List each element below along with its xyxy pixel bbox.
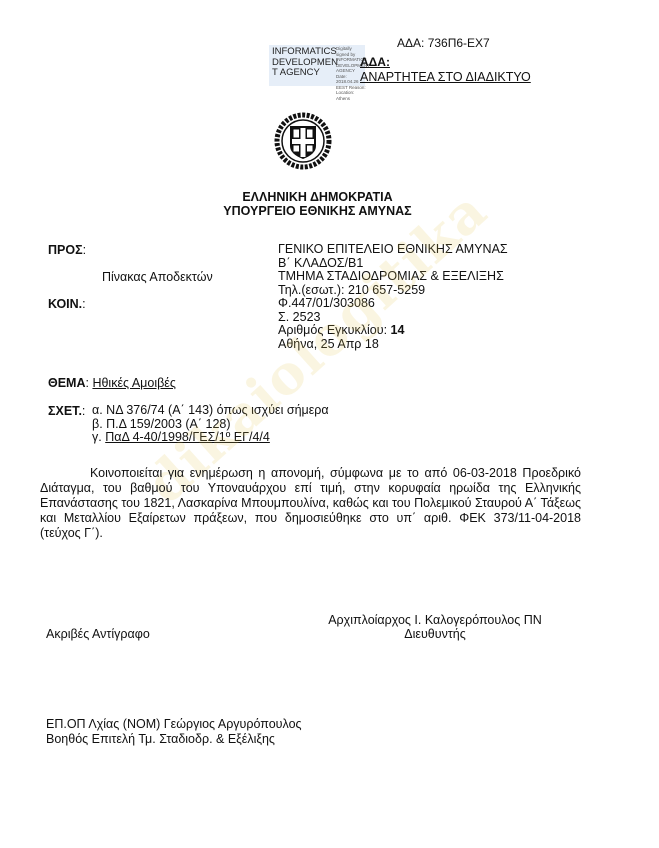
certifier-title: Βοηθός Επιτελή Τμ. Σταδιοδρ. & Εξέλιξης [46, 732, 302, 747]
reference-prefix: γ. [92, 430, 105, 444]
circular-number: 14 [391, 323, 405, 337]
certifier-block: ΕΠ.ΟΠ Λχίας (ΝΟΜ) Γεώργιος Αργυρόπουλος … [46, 717, 302, 747]
pros-label: ΠΡΟΣ [48, 243, 83, 257]
ada-code: ΑΔΑ: 736Π6-ΕΧ7 [397, 36, 490, 50]
pros-field: ΠΡΟΣ: [48, 243, 86, 257]
koin-colon: : [82, 297, 85, 311]
ada-label: ΑΔΑ: [360, 55, 390, 69]
signer-block: Αρχιπλοίαρχος Ι. Καλογερόπουλος ΠΝ Διευθ… [320, 613, 550, 641]
issuer-republic: ΕΛΛΗΝΙΚΗ ΔΗΜΟΚΡΑΤΙΑ [0, 190, 647, 204]
signer-name: Αρχιπλοίαρχος Ι. Καλογερόπουλος ΠΝ [320, 613, 550, 627]
subject-text: Ηθικές Αμοιβές [92, 376, 175, 390]
references-label-line: ΣΧΕΤ.: [48, 404, 85, 418]
subject-label: ΘΕΜΑ [48, 376, 86, 390]
certifier-name: ΕΠ.ΟΠ Λχίας (ΝΟΜ) Γεώργιος Αργυρόπουλος [46, 717, 302, 732]
references-colon: : [82, 404, 85, 418]
certified-copy: Ακριβές Αντίγραφο [46, 627, 150, 641]
body-text: Κοινοποιείται για ενημέρωση η απονομή, σ… [40, 466, 581, 541]
signer-title: Διευθυντής [320, 627, 550, 641]
koin-field: ΚΟΙΝ.: [48, 297, 86, 311]
recipients-list: Πίνακας Αποδεκτών [102, 270, 213, 284]
body-paragraph: Κοινοποιείται για ενημέρωση η απονομή, σ… [40, 466, 581, 541]
signature-organization: INFORMATICS DEVELOPMEN T AGENCY [272, 47, 332, 79]
publish-notice: ΑΝΑΡΤΗΤΕΑ ΣΤΟ ΔΙΑΔΙΚΤΥΟ [360, 70, 531, 84]
issuer-ministry: ΥΠΟΥΡΓΕΙΟ ΕΘΝΙΚΗΣ ΑΜΥΝΑΣ [0, 204, 647, 218]
subject-line: ΘΕΜΑ: Ηθικές Αμοιβές [48, 376, 176, 390]
greek-coat-of-arms-icon [274, 112, 332, 170]
pros-colon: : [83, 243, 86, 257]
koin-label: ΚΟΙΝ. [48, 297, 82, 311]
references-label: ΣΧΕΤ. [48, 404, 82, 418]
